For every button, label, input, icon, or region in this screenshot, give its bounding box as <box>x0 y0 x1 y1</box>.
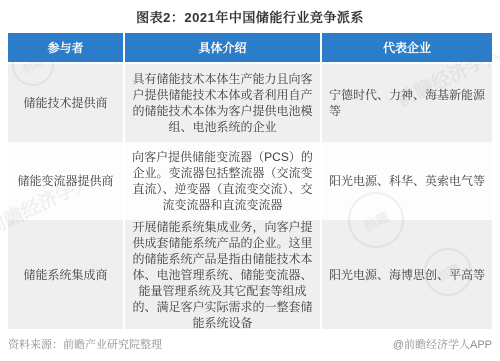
figure-title: 图表2：2021年中国储能行业竞争派系 <box>0 0 500 26</box>
table-row: 储能变流器提供商 向客户提供储能变流器（PCS）的企业。变流器包括整流器（交流变… <box>8 142 492 220</box>
cell-companies: 宁德时代、力神、海基新能源等 <box>322 64 492 142</box>
cell-description: 向客户提供储能变流器（PCS）的企业。变流器包括整流器（交流变直流）、逆变器（直… <box>125 142 322 220</box>
competition-table: 参与者 具体介绍 代表企业 储能技术提供商 具有储能技术本体生产能力且向客户提供… <box>8 33 492 329</box>
cell-participant: 储能变流器提供商 <box>8 142 125 220</box>
table-row: 储能系统集成商 开展储能系统集成业务，向客户提供成套储能系统产品的企业。这里的储… <box>8 220 492 329</box>
header-companies: 代表企业 <box>322 33 492 62</box>
cell-participant: 储能技术提供商 <box>8 64 125 142</box>
cell-description: 具有储能技术本体生产能力且向客户提供储能技术本体或者利用自产的储能技术本体为客户… <box>125 64 322 142</box>
table-header-row: 参与者 具体介绍 代表企业 <box>8 33 492 62</box>
cell-companies: 阳光电源、科华、英索电气等 <box>322 142 492 220</box>
cell-participant: 储能系统集成商 <box>8 220 125 329</box>
credit-note: @前瞻经济学人APP <box>393 336 492 352</box>
source-note: 资料来源：前瞻产业研究院整理 <box>8 336 162 352</box>
table-row: 储能技术提供商 具有储能技术本体生产能力且向客户提供储能技术本体或者利用自产的储… <box>8 64 492 142</box>
cell-companies: 阳光电源、海博思创、平高等 <box>322 220 492 329</box>
cell-description: 开展储能系统集成业务，向客户提供成套储能系统产品的企业。这里的储能系统产品是指由… <box>125 220 322 329</box>
header-participant: 参与者 <box>8 33 125 62</box>
figure-footer: 资料来源：前瞻产业研究院整理 @前瞻经济学人APP <box>0 336 500 352</box>
header-description: 具体介绍 <box>125 33 322 62</box>
